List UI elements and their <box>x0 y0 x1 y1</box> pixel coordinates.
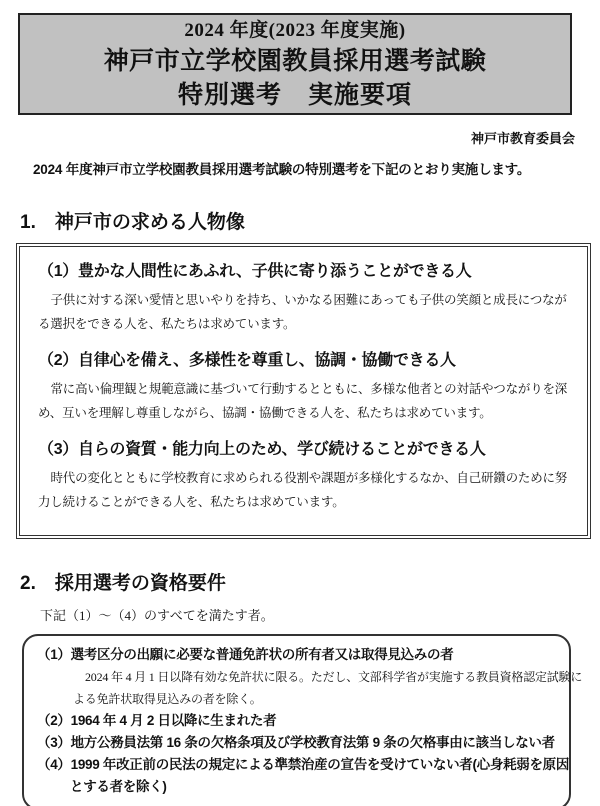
document-page: 2024 年度(2023 年度実施) 神戸市立学校園教員採用選考試験 特別選考 … <box>0 0 600 806</box>
requirement-item-3: （3）地方公務員法第 16 条の欠格条項及び学校教育法第 9 条の欠格事由に該当… <box>37 732 557 754</box>
requirement-title: （2）1964 年 4 月 2 日以降に生まれた者 <box>37 710 557 732</box>
requirement-title: （1）選考区分の出願に必要な普通免許状の所有者又は取得見込みの者 <box>37 644 557 666</box>
item-title: （2）自律心を備え、多様性を尊重し、協調・協働できる人 <box>38 349 569 373</box>
requirement-title-continuation: とする者を除く) <box>70 776 557 798</box>
requirement-title: （4）1999 年改正前の民法の規定による準禁治産の宣告を受けていない者(心身耗… <box>37 754 557 776</box>
ideal-person-box: （1）豊かな人間性にあふれ、子供に寄り添うことができる人 子供に対する深い愛情と… <box>16 243 591 539</box>
item-body-line: 子供に対する深い愛情と思いやりを持ち、いかなる困難にあっても子供の笑顔と成長につ… <box>38 289 569 313</box>
requirement-item-2: （2）1964 年 4 月 2 日以降に生まれた者 <box>37 710 557 732</box>
item-body-line: 時代の変化とともに学校教育に求められる役割や課題が多様化するなか、自己研鑽のため… <box>38 467 569 491</box>
exam-title: 神戸市立学校園教員採用選考試験 <box>20 44 570 78</box>
ideal-person-item-2: （2）自律心を備え、多様性を尊重し、協調・協働できる人 常に高い倫理観と規範意識… <box>38 349 569 425</box>
issuing-authority: 神戸市教育委員会 <box>0 128 575 147</box>
item-title: （3）自らの資質・能力向上のため、学び続けることができる人 <box>38 438 569 462</box>
item-body-line: め、互いを理解し尊重しながら、協調・協働できる人を、私たちは求めています。 <box>38 402 569 426</box>
document-subtitle: 特別選考 実施要項 <box>20 78 570 113</box>
section-2-heading: 2. 採用選考の資格要件 <box>20 568 600 595</box>
item-title: （1）豊かな人間性にあふれ、子供に寄り添うことができる人 <box>38 260 569 284</box>
requirements-box: （1）選考区分の出願に必要な普通免許状の所有者又は取得見込みの者 2024 年 … <box>22 634 571 806</box>
fiscal-year-line: 2024 年度(2023 年度実施) <box>20 18 570 44</box>
document-title-box: 2024 年度(2023 年度実施) 神戸市立学校園教員採用選考試験 特別選考 … <box>18 13 572 115</box>
item-body-line: る選択をできる人を、私たちは求めています。 <box>38 313 569 337</box>
requirement-item-1: （1）選考区分の出願に必要な普通免許状の所有者又は取得見込みの者 2024 年 … <box>37 644 557 710</box>
item-body-line: 常に高い倫理観と規範意識に基づいて行動するとともに、多様な他者との対話やつながり… <box>38 378 569 402</box>
section-1-heading: 1. 神戸市の求める人物像 <box>20 207 600 234</box>
intro-paragraph: 2024 年度神戸市立学校園教員採用選考試験の特別選考を下記のとおり実施します。 <box>33 158 600 178</box>
requirement-item-4: （4）1999 年改正前の民法の規定による準禁治産の宣告を受けていない者(心身耗… <box>37 754 557 798</box>
ideal-person-item-1: （1）豊かな人間性にあふれ、子供に寄り添うことができる人 子供に対する深い愛情と… <box>38 260 569 336</box>
requirement-note-line: よる免許状取得見込みの者を除く。 <box>73 688 557 710</box>
ideal-person-item-3: （3）自らの資質・能力向上のため、学び続けることができる人 時代の変化とともに学… <box>38 438 569 514</box>
item-body-line: 力し続けることができる人を、私たちは求めています。 <box>38 491 569 515</box>
requirements-lead: 下記（1）～（4）のすべてを満たす者。 <box>40 605 600 624</box>
requirement-note-line: 2024 年 4 月 1 日以降有効な免許状に限る。ただし、文部科学省が実施する… <box>73 666 557 688</box>
requirement-title: （3）地方公務員法第 16 条の欠格条項及び学校教育法第 9 条の欠格事由に該当… <box>37 732 557 754</box>
